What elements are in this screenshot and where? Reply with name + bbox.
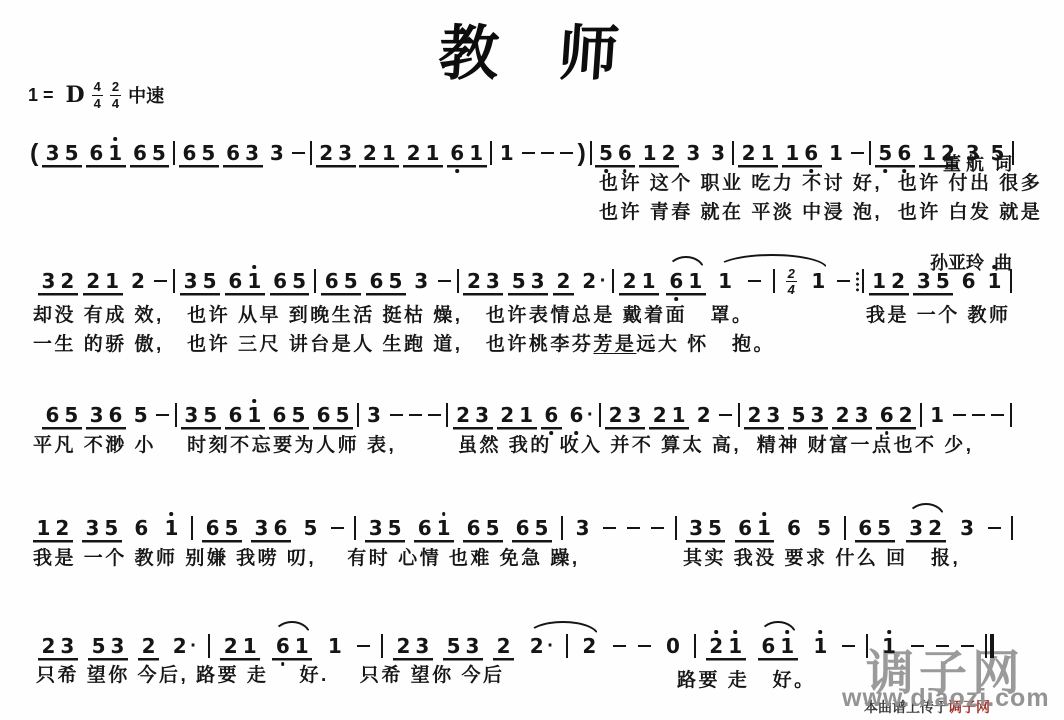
note: 53 [443, 634, 483, 658]
note: 23 [453, 403, 493, 427]
note: 21 [706, 634, 746, 658]
note: 65 [42, 403, 82, 427]
barline [773, 269, 775, 293]
notation-line-1: (35616565633232121611)56123321161561235 [30, 140, 1014, 166]
time-signature-2-denominator: 4 [112, 96, 119, 111]
tie-group: 61 [756, 634, 800, 658]
duration-dash [911, 645, 924, 648]
time-signature-2-numerator: 2 [110, 80, 121, 96]
note: 21 [83, 269, 123, 293]
augmentation-dot: · [547, 634, 554, 658]
augmentation-dot: · [190, 634, 197, 658]
note: 61 [447, 141, 487, 165]
note: 2 [553, 269, 574, 293]
note: 35 [82, 516, 122, 540]
barline [1010, 403, 1012, 427]
duration-dash [390, 414, 403, 417]
duration-dash [560, 152, 573, 155]
lyrics-line-5-right: 路要 走 好。 [677, 665, 816, 692]
lyrics-line-1-row-1: 也许 这个 职业 吃力 不讨 好, 也许 付出 很多 [599, 168, 1042, 195]
time-signature-1-numerator: 4 [92, 80, 103, 96]
octave-dot-above [993, 265, 997, 269]
sheet-music-page: 教 师 1 = D 4 4 2 4 中速 董 航 词 孙亚玲 曲 (356165… [0, 0, 1064, 720]
augmentation-dot: · [587, 403, 594, 427]
barline [1010, 269, 1012, 293]
barline [920, 403, 922, 427]
note: 23 [38, 634, 78, 658]
note: 61 [272, 634, 312, 658]
duration-dash [837, 280, 850, 283]
note: 65 [463, 516, 503, 540]
lyrics-line-3-right: 虽然 我的 收入 并不 算太 高, 精神 财富一点也不 少, [458, 430, 974, 457]
time-signature-2: 2 4 [110, 80, 121, 110]
note: 1 [810, 634, 831, 658]
note: 6 [541, 403, 562, 427]
duration-dash [522, 152, 535, 155]
note: 12 [639, 141, 679, 165]
note: 3 [266, 141, 287, 165]
duration-dash [651, 527, 664, 530]
octave-dot-above [442, 512, 446, 516]
duration-dash [936, 645, 949, 648]
note: 1 [324, 634, 345, 658]
barline [844, 516, 846, 540]
note: 3 [683, 141, 704, 165]
note: 12 [919, 141, 959, 165]
note: 21 [649, 403, 689, 427]
note: 1 [161, 516, 182, 540]
barline [191, 516, 193, 540]
duration-dash [851, 152, 864, 155]
note: 2· [526, 634, 555, 658]
lyrics-line-2-row-2-underlined: 芳是 [593, 334, 636, 355]
note: 61 [735, 516, 775, 540]
duration-dash [409, 414, 422, 417]
barline [694, 634, 696, 658]
barline [354, 516, 356, 540]
lyrics-line-2-row-2-pre: 一生 的骄 傲, 也许 三尺 讲台是人 生跑 道, 也许桃李芬 [33, 334, 593, 355]
note: 2 [693, 403, 714, 427]
lyrics-line-1-row-2: 也许 青春 就在 平淡 中浸 泡, 也许 白发 就是 [599, 197, 1042, 224]
note: 3 [572, 516, 593, 540]
note: 53 [508, 269, 548, 293]
time-signature-1: 4 4 [92, 80, 103, 110]
barline [357, 403, 359, 427]
note: 23 [832, 403, 872, 427]
lyrics-line-2-row-2-post: 远大 怀 抱。 [636, 334, 775, 355]
barline [446, 403, 448, 427]
note: 23 [393, 634, 433, 658]
tempo-label: 中速 [128, 82, 164, 108]
note: 1 [879, 634, 900, 658]
duration-dash [991, 414, 1004, 417]
barline [173, 269, 175, 293]
note: 62 [876, 403, 916, 427]
barline [561, 516, 563, 540]
note: 16 [782, 141, 822, 165]
octave-dot-above [733, 630, 737, 634]
duration-dash [748, 280, 761, 283]
barline [457, 269, 459, 293]
note: 65 [512, 516, 552, 540]
note: 23 [744, 403, 784, 427]
barline [314, 269, 316, 293]
duration-dash [603, 527, 616, 530]
barline [732, 141, 734, 165]
note: 35 [42, 141, 82, 165]
note: 21 [619, 269, 659, 293]
lyrics-line-2-row-1: 却没 有成 效, 也许 从早 到晚生活 挺枯 燥, 也许表情总是 戴着面 罩。 [33, 300, 754, 327]
notation-line-4: 1235616536535616565335616565323 [33, 515, 1013, 541]
barline [175, 403, 177, 427]
note: 35 [365, 516, 405, 540]
duration-dash [613, 645, 626, 648]
duration-dash [627, 527, 640, 530]
note: 2 [493, 634, 514, 658]
augmentation-dot: · [600, 269, 607, 293]
duration-dash [961, 645, 974, 648]
barline [173, 141, 175, 165]
note: 65 [313, 403, 353, 427]
octave-dot-above [170, 512, 174, 516]
note: 3 [962, 141, 983, 165]
lyrics-line-2-row-2: 一生 的骄 傲, 也许 三尺 讲台是人 生跑 道, 也许桃李芬芳是远大 怀 抱。 [33, 329, 775, 356]
duration-dash [972, 414, 985, 417]
parenthesis: ( [30, 141, 38, 165]
note: 3 [708, 141, 729, 165]
note: 65 [366, 269, 406, 293]
note: 61 [86, 141, 126, 165]
note: 23 [463, 269, 503, 293]
barline [675, 516, 677, 540]
note: 65 [202, 516, 242, 540]
barline [612, 269, 614, 293]
barline [869, 141, 871, 165]
duration-dash [331, 527, 344, 530]
duration-dash [988, 527, 1001, 530]
note: 23 [605, 403, 645, 427]
tie-group: 32 [904, 516, 948, 540]
lyrics-line-4-right: 其实 我没 要求 什么 回 报, [683, 543, 960, 570]
barline [208, 634, 210, 658]
note: 3 [363, 403, 384, 427]
octave-dot-above [819, 630, 823, 634]
note: 1 [984, 269, 1005, 293]
barline [1011, 516, 1013, 540]
note: 61 [666, 269, 706, 293]
lyrics-line-3-left: 平凡 不渺 小 时刻不忘要为人师 表, [33, 430, 396, 457]
note: 5 [130, 403, 151, 427]
tie-group: 1241 [713, 267, 831, 296]
note: 35 [913, 269, 953, 293]
octave-dot-above [253, 399, 257, 403]
octave-dot-above [113, 137, 117, 141]
duration-dash [638, 645, 651, 648]
barline [1012, 141, 1014, 165]
note: 21 [497, 403, 537, 427]
lyrics-line-2-row-1-right: 我是 一个 教师 [866, 300, 1011, 327]
note: 12 [869, 269, 909, 293]
note: 2· [169, 634, 198, 658]
duration-dash [842, 645, 855, 648]
note: 61 [414, 516, 454, 540]
note: 2 [138, 634, 159, 658]
duration-dash [541, 152, 554, 155]
barline [599, 403, 601, 427]
duration-dash [292, 152, 305, 155]
note: 61 [225, 269, 265, 293]
note: 2 [579, 634, 600, 658]
barline [490, 141, 492, 165]
note: 65 [321, 269, 361, 293]
note: 12 [33, 516, 73, 540]
note: 6· [566, 403, 595, 427]
note: 56 [875, 141, 915, 165]
note: 2· [579, 269, 608, 293]
meter-change-2-4: 24 [786, 267, 797, 296]
duration-dash [438, 280, 451, 283]
note: 6 [131, 516, 152, 540]
barline [381, 634, 383, 658]
note: 5 [814, 516, 835, 540]
octave-dot-above [785, 630, 789, 634]
note: 6 [958, 269, 979, 293]
note: 36 [86, 403, 126, 427]
note: 5 [987, 141, 1008, 165]
duration-dash [428, 414, 441, 417]
note: 5 [300, 516, 321, 540]
note: 65 [269, 403, 309, 427]
note: 1 [808, 269, 829, 293]
watermark-site-url: www.diaozi.com [842, 684, 1050, 713]
note: 2 [128, 269, 149, 293]
note: 53 [788, 403, 828, 427]
note: 35 [686, 516, 726, 540]
parenthesis: ) [578, 141, 586, 165]
octave-dot-above [714, 630, 718, 634]
tie-group: 61 [664, 269, 708, 293]
lyrics-line-5-left: 只希 望你 今后, 路要 走 好. 只希 望你 今后 [36, 660, 504, 687]
octave-dot-above [887, 630, 891, 634]
notation-line-5: 235322·21611235322·20216111 [38, 633, 994, 659]
note: 61 [758, 634, 798, 658]
note: 1 [496, 141, 517, 165]
note: 63 [223, 141, 263, 165]
note: 53 [88, 634, 128, 658]
note: 21 [359, 141, 399, 165]
octave-dot-below [455, 169, 459, 173]
repeat-sign [856, 269, 864, 293]
lyrics-line-4-left: 我是 一个 教师 别嫌 我唠 叨, 有时 心情 也难 免急 躁, [33, 543, 580, 570]
barline [566, 634, 568, 658]
final-barline [985, 634, 994, 658]
note: 6 [784, 516, 805, 540]
notation-line-3: 65365356165653232166·23212235323621 [42, 402, 1012, 428]
note: 36 [251, 516, 291, 540]
duration-dash [154, 280, 167, 283]
key-prefix: 1 = [28, 85, 59, 106]
note: 23 [316, 141, 356, 165]
key-letter: D [66, 82, 85, 108]
note: 65 [179, 141, 219, 165]
time-signature-1-denominator: 4 [94, 96, 101, 111]
note: 65 [130, 141, 170, 165]
note: 3 [411, 269, 432, 293]
note: 1 [715, 269, 736, 293]
note: 21 [738, 141, 778, 165]
tie-group: 61 [270, 634, 314, 658]
notation-line-2: 3221235616565653235322·21611241123561 [38, 268, 1012, 294]
note: 35 [181, 403, 221, 427]
note: 56 [595, 141, 635, 165]
barline [310, 141, 312, 165]
duration-dash [719, 414, 732, 417]
note: 61 [225, 403, 265, 427]
note: 3 [957, 516, 978, 540]
barline [866, 634, 868, 658]
barline [738, 403, 740, 427]
barline [590, 141, 592, 165]
note: 32 [906, 516, 946, 540]
note: 1 [826, 141, 847, 165]
note: 65 [855, 516, 895, 540]
tie-group: 2·2 [524, 634, 602, 658]
key-signature: 1 = D 4 4 2 4 中速 [28, 80, 164, 110]
note: 65 [270, 269, 310, 293]
duration-dash [953, 414, 966, 417]
note: 32 [38, 269, 78, 293]
octave-dot-above [762, 512, 766, 516]
note: 21 [220, 634, 260, 658]
note: 1 [927, 403, 948, 427]
duration-dash [357, 645, 370, 648]
duration-dash [156, 414, 169, 417]
note: 21 [403, 141, 443, 165]
octave-dot-above [252, 265, 256, 269]
note: 35 [180, 269, 220, 293]
note: 0 [662, 634, 683, 658]
